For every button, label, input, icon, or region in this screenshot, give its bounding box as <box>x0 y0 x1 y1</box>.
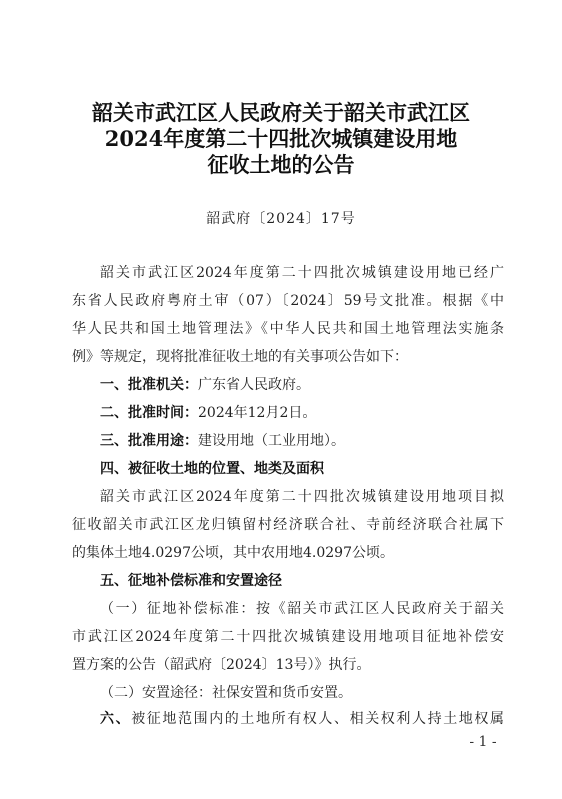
document-title-line-2: 2024年度第二十四批次城镇建设用地 <box>0 126 562 152</box>
approval-authority-label: 一、批准机关： <box>100 377 198 393</box>
section-5-sub1-line-1: （一）征地补偿标准：按《韶关市武江区人民政府关于韶关 <box>72 599 504 619</box>
section-4-line-3: 的集体土地4.0297公顷，其中农用地4.0297公顷。 <box>72 543 504 563</box>
approval-use-label: 三、批准用途： <box>100 433 198 449</box>
approval-time-value: 2024年12月2日。 <box>198 405 316 421</box>
section-6-label: 六、 <box>100 711 131 727</box>
section-4-heading: 四、被征收土地的位置、地类及面积 <box>72 459 504 479</box>
section-6-text: 被征地范围内的土地所有权人、相关权利人持土地权属 <box>131 711 504 727</box>
page-number: - 1 - <box>458 733 508 751</box>
section-4-line-1: 韶关市武江区2024年度第二十四批次城镇建设用地项目拟 <box>72 487 504 507</box>
intro-line-2: 东省人民政府粤府土审（07）〔2024〕59号文批准。根据《中 <box>72 291 504 311</box>
section-5-sub1-line-3: 置方案的公告（韶武府〔2024〕13号）》执行。 <box>72 655 504 675</box>
intro-line-4: 例》等规定，现将批准征收土地的有关事项公告如下： <box>72 347 504 367</box>
section-5-heading: 五、征地补偿标准和安置途径 <box>72 571 504 591</box>
approval-authority-value: 广东省人民政府。 <box>198 377 310 393</box>
item-approval-time: 二、批准时间：2024年12月2日。 <box>72 403 504 423</box>
section-5-sub1-line-2: 市武江区2024年度第二十四批次城镇建设用地项目征地补偿安 <box>72 627 504 647</box>
approval-use-value: 建设用地（工业用地）。 <box>198 433 345 449</box>
approval-time-label: 二、批准时间： <box>100 405 198 421</box>
section-6-start: 六、被征地范围内的土地所有权人、相关权利人持土地权属 <box>72 709 504 729</box>
intro-line-1: 韶关市武江区2024年度第二十四批次城镇建设用地已经广 <box>72 263 504 283</box>
section-5-sub2: （二）安置途径：社保安置和货币安置。 <box>72 683 504 703</box>
document-title-line-3: 征收土地的公告 <box>0 152 562 178</box>
document-page: 韶关市武江区人民政府关于韶关市武江区 2024年度第二十四批次城镇建设用地 征收… <box>0 0 562 799</box>
intro-line-3: 华人民共和国土地管理法》《中华人民共和国土地管理法实施条 <box>72 319 504 339</box>
item-approval-use: 三、批准用途：建设用地（工业用地）。 <box>72 431 504 451</box>
item-approval-authority: 一、批准机关：广东省人民政府。 <box>72 375 504 395</box>
document-title-line-1: 韶关市武江区人民政府关于韶关市武江区 <box>0 100 562 126</box>
document-number: 韶武府〔2024〕17号 <box>0 209 562 229</box>
section-4-line-2: 征收韶关市武江区龙归镇留村经济联合社、寺前经济联合社属下 <box>72 515 504 535</box>
